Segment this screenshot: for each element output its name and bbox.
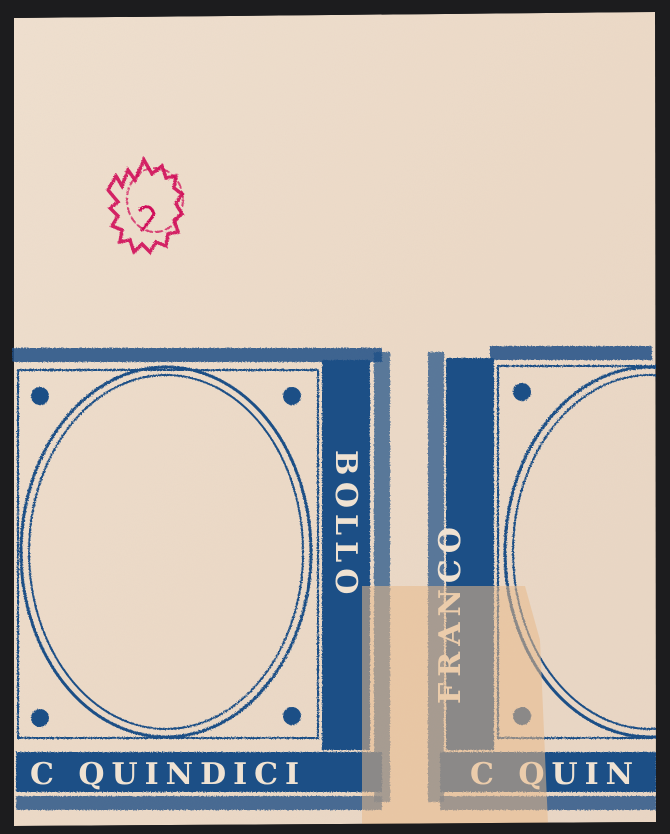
hinge-remnant <box>362 586 548 824</box>
left-bottom-text: C QUINDICI <box>30 757 306 792</box>
stamp-photo: BOLLO C QUINDICI FRANCO C QUIN <box>0 0 670 834</box>
left-side-text: BOLLO <box>328 450 363 600</box>
